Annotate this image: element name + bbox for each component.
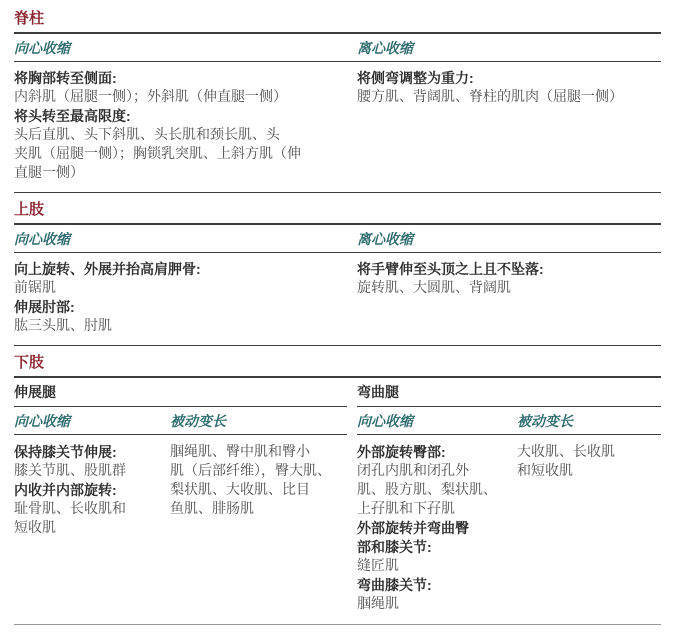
column-header-concentric: 向心收缩 — [14, 40, 357, 57]
action-text: 将胸部转至侧面: — [14, 69, 339, 88]
muscle-list: 大收肌、长收肌 和短收肌 — [517, 443, 643, 481]
action-text: 弯曲膝关节: — [357, 576, 499, 595]
column-header-passive-lengthening: 被动变长 — [170, 413, 347, 430]
muscle-list: 腘绳肌、臀中肌和臀小 肌（后部纤维），臀大肌、 梨状肌、大收肌、比目 鱼肌、腓肠… — [170, 443, 339, 519]
spine-eccentric-cell: 将侧弯调整为重力: 腰方肌、背阔肌、脊柱的肌肉（屈腿一侧） — [357, 69, 661, 183]
group-content: 外部旋转臀部: 闭孔内肌和闭孔外 肌、股方肌、梨状肌、 上孖肌和下孖肌 外部旋转… — [357, 435, 661, 624]
upper-limb-column-headers: 向心收缩 离心收缩 — [14, 225, 661, 253]
action-text: 外部旋转臀部: — [357, 443, 499, 462]
group-column-headers: 向心收缩 被动变长 — [14, 407, 347, 435]
muscle-list: 腘绳肌 — [357, 595, 499, 614]
action-text: 将头转至最高限度: — [14, 107, 339, 126]
action-text: 伸展肘部: — [14, 298, 339, 317]
action-text: 保持膝关节伸展: — [14, 443, 152, 462]
section-title-upper-limb: 上肢 — [14, 193, 661, 225]
muscle-list: 缝匠肌 — [357, 557, 499, 576]
bent-leg-passive-cell: 大收肌、长收肌 和短收肌 — [517, 443, 661, 614]
group-subtitle: 伸展腿 — [14, 384, 56, 400]
column-header-concentric: 向心收缩 — [14, 231, 357, 248]
column-header-concentric: 向心收缩 — [357, 413, 517, 430]
extended-leg-concentric-cell: 保持膝关节伸展: 膝关节肌、股肌群 内收并内部旋转: 耻骨肌、长收肌和 短收肌 — [14, 443, 170, 538]
muscle-list: 肱三头肌、肘肌 — [14, 317, 339, 336]
group-subtitle: 弯曲腿 — [357, 384, 399, 400]
muscle-action-table: 脊柱 向心收缩 离心收缩 将胸部转至侧面: 内斜肌（屈腿一侧）；外斜肌（伸直腿一… — [0, 0, 675, 625]
group-extended-leg: 伸展腿 向心收缩 被动变长 保持膝关节伸展: 膝关节肌、股肌群 内收并内部旋转:… — [14, 378, 357, 624]
column-header-eccentric: 离心收缩 — [357, 231, 661, 248]
section-title-lower-limb: 下肢 — [14, 346, 661, 378]
upper-limb-eccentric-cell: 将手臂伸至头顶之上且不坠落: 旋转肌、大圆肌、背阔肌 — [357, 260, 661, 336]
spine-column-headers: 向心收缩 离心收缩 — [14, 34, 661, 62]
bent-leg-concentric-cell: 外部旋转臀部: 闭孔内肌和闭孔外 肌、股方肌、梨状肌、 上孖肌和下孖肌 外部旋转… — [357, 443, 517, 614]
column-header-eccentric: 离心收缩 — [357, 40, 661, 57]
group-content: 保持膝关节伸展: 膝关节肌、股肌群 内收并内部旋转: 耻骨肌、长收肌和 短收肌 … — [14, 435, 357, 548]
muscle-list: 闭孔内肌和闭孔外 肌、股方肌、梨状肌、 上孖肌和下孖肌 — [357, 462, 499, 519]
muscle-list: 膝关节肌、股肌群 — [14, 462, 152, 481]
section-title-spine: 脊柱 — [14, 8, 661, 34]
action-text: 将手臂伸至头顶之上且不坠落: — [357, 260, 643, 279]
column-header-concentric: 向心收缩 — [14, 413, 170, 430]
action-text: 内收并内部旋转: — [14, 481, 152, 500]
action-text: 向上旋转、外展并抬高肩胛骨: — [14, 260, 339, 279]
spine-content: 将胸部转至侧面: 内斜肌（屈腿一侧）；外斜肌（伸直腿一侧） 将头转至最高限度: … — [14, 62, 661, 193]
spine-concentric-cell: 将胸部转至侧面: 内斜肌（屈腿一侧）；外斜肌（伸直腿一侧） 将头转至最高限度: … — [14, 69, 357, 183]
muscle-list: 内斜肌（屈腿一侧）；外斜肌（伸直腿一侧） — [14, 88, 339, 107]
column-header-passive-lengthening: 被动变长 — [517, 413, 661, 430]
lower-limb-groups: 伸展腿 向心收缩 被动变长 保持膝关节伸展: 膝关节肌、股肌群 内收并内部旋转:… — [14, 378, 661, 625]
muscle-list: 耻骨肌、长收肌和 短收肌 — [14, 500, 152, 538]
muscle-list: 旋转肌、大圆肌、背阔肌 — [357, 279, 643, 298]
group-subtitle-row: 伸展腿 — [14, 378, 347, 407]
action-text: 外部旋转并弯曲臀 部和膝关节: — [357, 519, 499, 557]
group-column-headers: 向心收缩 被动变长 — [357, 407, 661, 435]
muscle-list: 前锯肌 — [14, 279, 339, 298]
group-bent-leg: 弯曲腿 向心收缩 被动变长 外部旋转臀部: 闭孔内肌和闭孔外 肌、股方肌、梨状肌… — [357, 378, 661, 624]
upper-limb-content: 向上旋转、外展并抬高肩胛骨: 前锯肌 伸展肘部: 肱三头肌、肘肌 将手臂伸至头顶… — [14, 253, 661, 346]
muscle-list: 腰方肌、背阔肌、脊柱的肌肉（屈腿一侧） — [357, 88, 643, 107]
upper-limb-concentric-cell: 向上旋转、外展并抬高肩胛骨: 前锯肌 伸展肘部: 肱三头肌、肘肌 — [14, 260, 357, 336]
extended-leg-passive-cell: 腘绳肌、臀中肌和臀小 肌（后部纤维），臀大肌、 梨状肌、大收肌、比目 鱼肌、腓肠… — [170, 443, 357, 538]
group-subtitle-row: 弯曲腿 — [357, 378, 661, 407]
action-text: 将侧弯调整为重力: — [357, 69, 643, 88]
muscle-list: 头后直肌、头下斜肌、头长肌和颈长肌、头 夹肌（屈腿一侧）；胸锁乳突肌、上斜方肌（… — [14, 126, 339, 183]
